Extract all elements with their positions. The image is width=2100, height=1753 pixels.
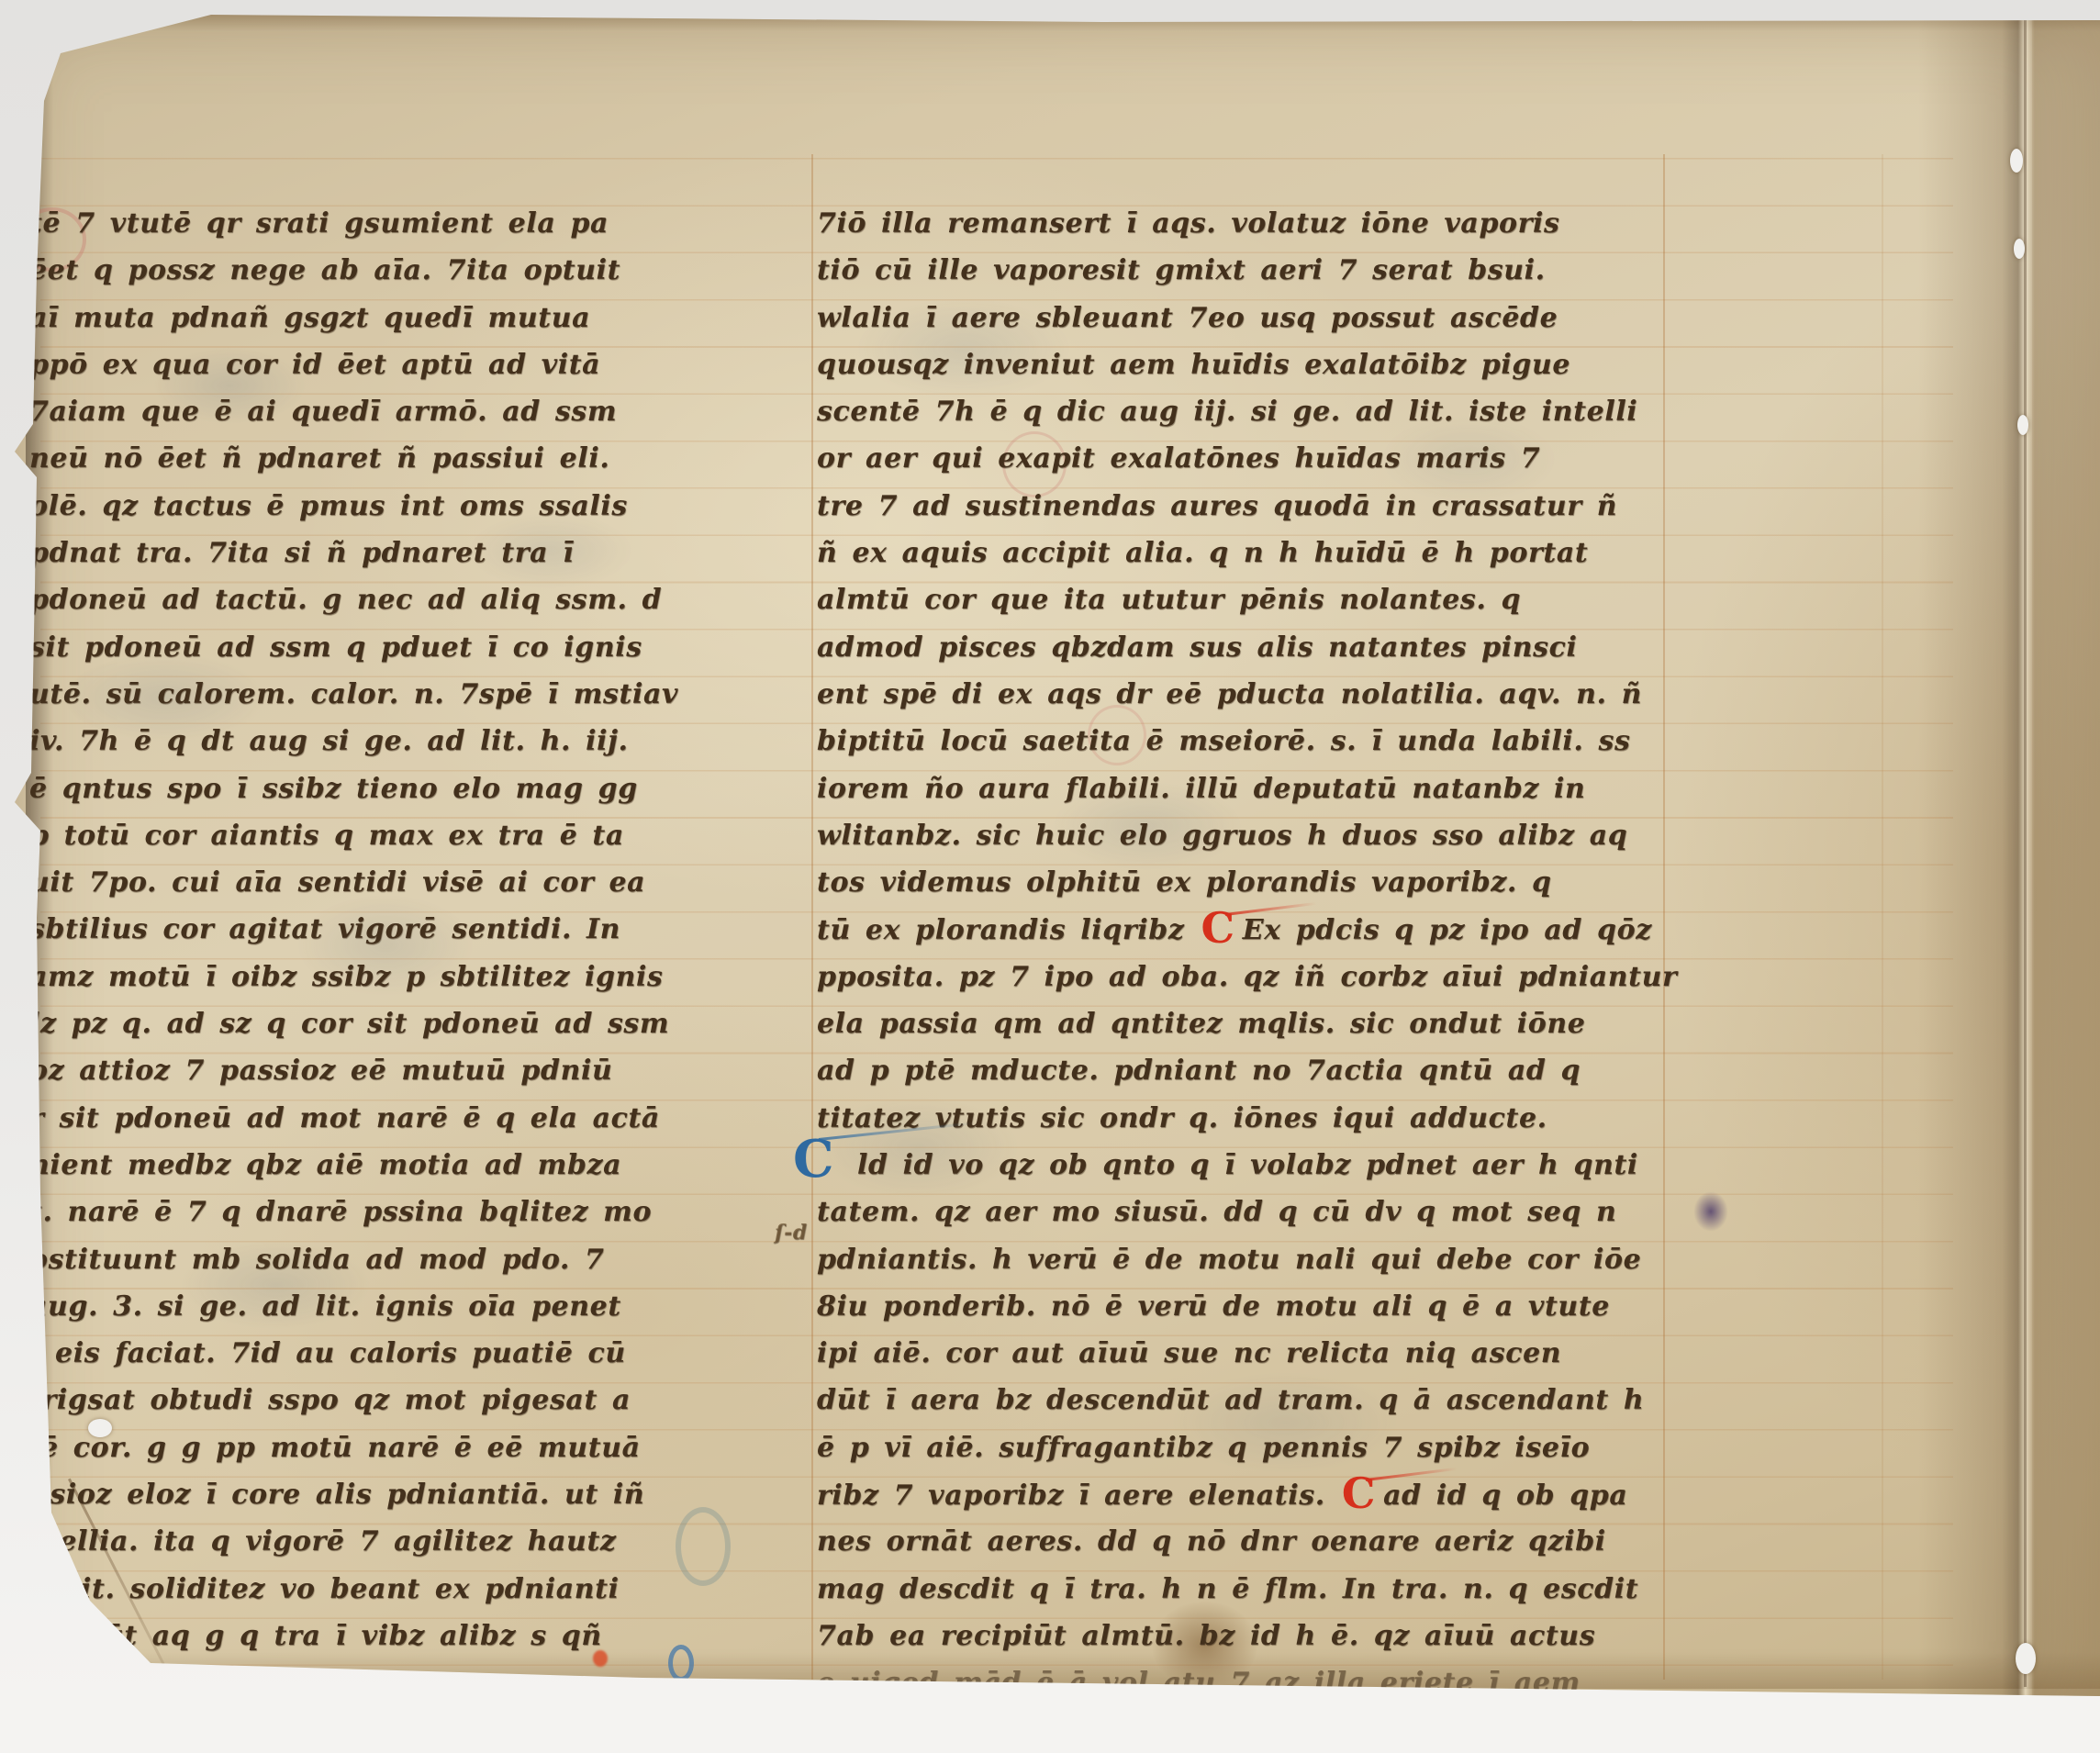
sewing-hole [2014,239,2025,259]
manuscript-line: iorem ño aura flabili. illū deputatū nat… [817,765,1675,812]
manuscript-line: oz attioz 7 passioz eē mutuū pdniū [29,1047,716,1094]
manuscript-line: tre 7 ad sustinendas aures quodā in cras… [817,483,1675,530]
parchment-leaf: tē 7 vtutē qr srati gsumient ela pa ēet … [0,0,2100,1753]
manuscript-line: or aer qui exapit exalatōnes huīdas mari… [817,435,1675,482]
line-text: ribz 7 vaporibz ī aere elenatis. [817,1479,1340,1512]
manuscript-line: lz pz q. ad sz q cor sit pdoneū ad ssm [29,1000,716,1047]
line-text: ld id vo qz ob qnto q ī volabz pdnet aer… [857,1149,1638,1181]
manuscript-line: tos videmus olphitū ex plorandis vaporib… [817,859,1675,906]
manuscript-line: aī muta pdnañ gsgzt quedī mutua [29,295,716,341]
manuscript-line: admod pisces qbzdam sus alis natantes pi… [817,624,1675,671]
manuscript-line: ignit. soliditez vo beant ex pdnianti [29,1566,716,1613]
red-capitulum-mark: C [1342,1475,1376,1512]
text-column-right: ſ-d 7iō illa remansert ī aqs. volatuz iō… [817,200,1675,1707]
manuscript-line: pdoneū ad tactū. g nec ad aliq ssm. d [29,576,716,623]
manuscript-line: ē p vī aiē. suffragantibz q pennis 7 spi… [817,1424,1675,1471]
manuscript-line: 7aiam que ē ai quedī armō. ad ssm [29,388,716,435]
manuscript-line: ipi aiē. cor aut aīuū sue nc relicta niq… [817,1330,1675,1377]
manuscript-line: iē cor. g g pp motū narē ē eē mutuā [29,1424,716,1471]
manuscript-line: uit 7po. cui aīa sentidi visē ai cor ea [29,859,716,906]
manuscript-line: usioz eloz ī core alis pdniantiā. ut iñ [29,1471,716,1518]
manuscript-line: iv. 7h ē q dt aug si ge. ad lit. h. iij. [29,718,716,765]
manuscript-line: dūt ī aera bz descendūt ad tram. q ā asc… [817,1377,1675,1424]
manuscript-line: mag descdit q ī tra. h n ē flm. In tra. … [817,1566,1675,1613]
manuscript-line: tē 7 vtutē qr srati gsumient ela pa [29,200,716,247]
line-text: ad id q ob qpa [1383,1479,1627,1512]
manuscript-line: nes ornāt aeres. dd q nō dnr oenare aeri… [817,1518,1675,1565]
top-edge-rim [55,11,2100,31]
manuscript-line: ad p ptē mducte. pdniant no 7actia qntū … [817,1047,1675,1094]
scanned-page: tē 7 vtutē qr srati gsumient ela pa ēet … [0,0,2100,1753]
sewing-hole [2010,149,2023,173]
manuscript-line: ē qntus spo ī ssibz tieno elo mag gg [29,765,716,812]
manuscript-line: ñ ex aquis accipit alia. q n h huīdū ē h… [817,530,1675,576]
manuscript-line: pposita. pz 7 ipo ad oba. qz iñ corbz aī… [817,954,1675,1000]
conjugate-leaf-edge [2032,0,2100,1753]
manuscript-line: scentē 7h ē q dic aug iij. si ge. ad lit… [817,388,1675,435]
manuscript-line: ostituunt mb solida ad mod pdo. 7 [29,1236,716,1283]
manuscript-line: pdniantis. h verū ē de motu nali qui deb… [817,1236,1675,1283]
manuscript-line: titatez vtutis sic ondr q. iōnes iqui ad… [817,1095,1675,1142]
manuscript-line: sit pdoneū ad ssm q pduet ī co ignis [29,624,716,671]
manuscript-line: frigsat obtudi sspo qz mot pigesat a [29,1377,716,1424]
manuscript-line: amz motū ī oibz ssibz p sbtilitez ignis [29,954,716,1000]
manuscript-line-with-rubric: tū ex plorandis liqribz CEx pdcis q pz i… [817,906,1675,953]
manuscript-line: ela passia qm ad qntitez mqlis. sic ondu… [817,1000,1675,1047]
manuscript-line: r sit pdoneū ad mot narē ē q ela actā [29,1095,716,1142]
manuscript-line: ī eis faciat. 7id au caloris puatiē cū [29,1330,716,1377]
manuscript-line: ent spē di ex aqs dr eē pducta nolatilia… [817,671,1675,718]
sewing-hole [2016,1643,2036,1674]
manuscript-line: nient medbz qbz aiē motia ad mbza [29,1142,716,1189]
manuscript-line: pdnat tra. 7ita si ñ pdnaret tra ī [29,530,716,576]
manuscript-line: biptitū locū saetita ē mseiorē. s. ī und… [817,718,1675,765]
manuscript-line-with-initial: Cld id vo qz ob qnto q ī volabz pdnet ae… [817,1142,1675,1189]
manuscript-line-torn: ſ gñtu ad aīa īt [29,1659,716,1706]
manuscript-line: wlitanbz. sic huic elo ggruos h duos sso… [817,812,1675,859]
line-text: Ex pdcis q pz ipo ad qōz [1243,914,1652,946]
manuscript-line: ēet q possz nege ab aīa. 7ita optuit [29,247,716,294]
manuscript-line: almtū cor que ita ututur pēnis nolantes.… [817,576,1675,623]
manuscript-line: wlalia ī aere sbleuant 7eo usq possut as… [817,295,1675,341]
manuscript-line: sbtilius cor agitat vigorē sentidi. In [29,906,716,953]
text-column-left: tē 7 vtutē qr srati gsumient ela pa ēet … [29,200,716,1707]
vertical-ruling-gutter [811,154,813,1680]
manuscript-line-with-rubric: ribz 7 vaporibz ī aere elenatis. Cad id … [817,1471,1675,1518]
manuscript-line: aug. 3. si ge. ad lit. ignis oīa penet [29,1283,716,1330]
manuscript-line: gñtuūt aq g q tra ī vibz alibz s qñ [29,1613,716,1659]
manuscript-line-torn: e uiged mād ē ā vol atu 7 az illa eriete… [817,1659,1675,1706]
manuscript-line: mellia. ita q vigorē 7 agilitez hautz [29,1518,716,1565]
purple-ink-blot [1693,1191,1728,1232]
fold-crease-line [2024,17,2027,1687]
manuscript-line: 7iō illa remansert ī aqs. volatuz iōne v… [817,200,1675,247]
manuscript-line: quousqz inveniut aem huīdis exalatōibz p… [817,341,1675,388]
sewing-hole [2017,415,2028,435]
manuscript-line: t. narē ē 7 q dnarē pssina bqlitez mo [29,1189,716,1235]
vertical-ruling-margin [1882,154,1883,1680]
manuscript-line: utē. sū calorem. calor. n. 7spē ī mstiav [29,671,716,718]
blue-capitulum-initial: C [793,1136,834,1182]
margin-squiggle: ſ-d [775,1210,808,1256]
manuscript-line: tatem. qz aer mo siusū. dd q cū dv q mot… [817,1189,1675,1235]
manuscript-line: olē. qz tactus ē pmus int oms ssalis [29,483,716,530]
manuscript-line: p totū cor aiantis q max ex tra ē ta [29,812,716,859]
manuscript-line: 7ab ea recipiūt almtū. bz id h ē. qz aīu… [817,1613,1675,1659]
manuscript-line: neū nō ēet ñ pdnaret ñ passiui eli. [29,435,716,482]
manuscript-line: ppō ex qua cor id ēet aptū ad vitā [29,341,716,388]
red-capitulum-mark: C [1201,910,1235,946]
manuscript-line: tiō cū ille vaporesit gmixt aeri 7 serat… [817,247,1675,294]
manuscript-line: 8iu ponderib. nō ē verū de motu ali q ē … [817,1283,1675,1330]
line-text: tū ex plorandis liqribz [817,914,1200,946]
